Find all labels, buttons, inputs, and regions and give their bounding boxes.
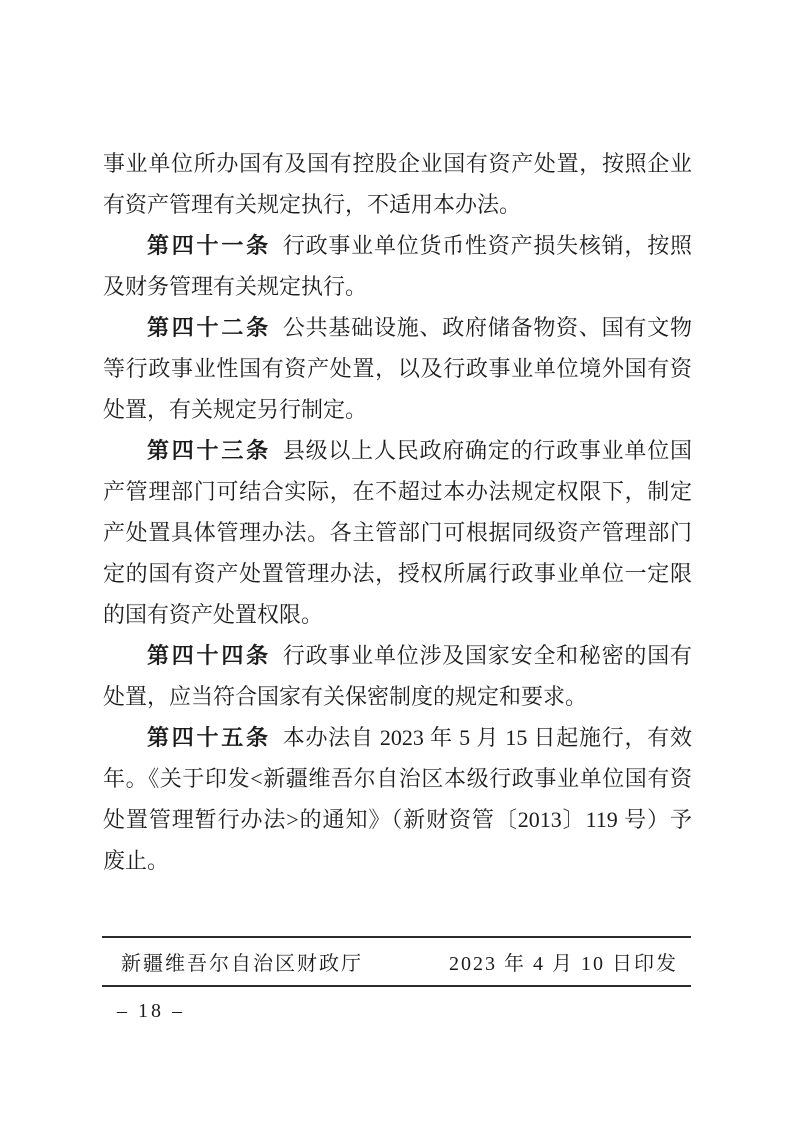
body-line: 第四十二条公共基础设施、政府储备物资、国有文物文化 [103, 307, 692, 348]
footer-issuer: 新疆维吾尔自治区财政厅 [121, 947, 363, 976]
body-line: 处置，应当符合国家有关保密制度的规定和要求。 [103, 676, 692, 717]
body-line: 事业单位所办国有及国有控股企业国有资产处置，按照企业国 [103, 143, 692, 184]
page-number: – 18 – [117, 1000, 185, 1023]
body-line: 年。《关于印发<新疆维吾尔自治区本级行政事业单位国有资产 [103, 758, 692, 799]
document-body: 事业单位所办国有及国有控股企业国有资产处置，按照企业国有资产管理有关规定执行，不… [103, 143, 692, 881]
body-line: 第四十一条行政事业单位货币性资产损失核销，按照预算 [103, 225, 692, 266]
article-number: 第四十三条 [147, 438, 271, 463]
body-line: 处置管理暂行办法>的通知》（新财资管〔2013〕119 号）予以 [103, 799, 692, 840]
body-line: 定的国有资产处置管理办法，授权所属行政事业单位一定限额 [103, 553, 692, 594]
footer-rule-bottom [102, 985, 691, 987]
body-line: 处置，有关规定另行制定。 [103, 389, 692, 430]
body-line: 产管理部门可结合实际，在不超过本办法规定权限下，制定资 [103, 471, 692, 512]
body-line: 产处置具体管理办法。各主管部门可根据同级资产管理部门制 [103, 512, 692, 553]
page-footer: 新疆维吾尔自治区财政厅 2023 年 4 月 10 日印发 [102, 936, 691, 987]
body-line: 第四十四条行政事业单位涉及国家安全和秘密的国有资产 [103, 635, 692, 676]
footer-row: 新疆维吾尔自治区财政厅 2023 年 4 月 10 日印发 [102, 938, 691, 985]
body-line: 废止。 [103, 840, 692, 881]
body-line: 第四十三条县级以上人民政府确定的行政事业单位国有资 [103, 430, 692, 471]
article-number: 第四十五条 [147, 725, 271, 750]
footer-print-date: 2023 年 4 月 10 日印发 [449, 947, 678, 976]
body-line: 等行政事业性国有资产处置，以及行政事业单位境外国有资产 [103, 348, 692, 389]
article-number: 第四十二条 [147, 315, 271, 340]
article-number: 第四十四条 [147, 643, 271, 668]
body-line: 及财务管理有关规定执行。 [103, 266, 692, 307]
body-line: 第四十五条本办法自 2023 年 5 月 15 日起施行，有效期 5 [103, 717, 692, 758]
body-line: 有资产管理有关规定执行，不适用本办法。 [103, 184, 692, 225]
body-line: 的国有资产处置权限。 [103, 594, 692, 635]
article-number: 第四十一条 [147, 233, 271, 258]
document-page: 事业单位所办国有及国有控股企业国有资产处置，按照企业国有资产管理有关规定执行，不… [0, 0, 794, 1123]
